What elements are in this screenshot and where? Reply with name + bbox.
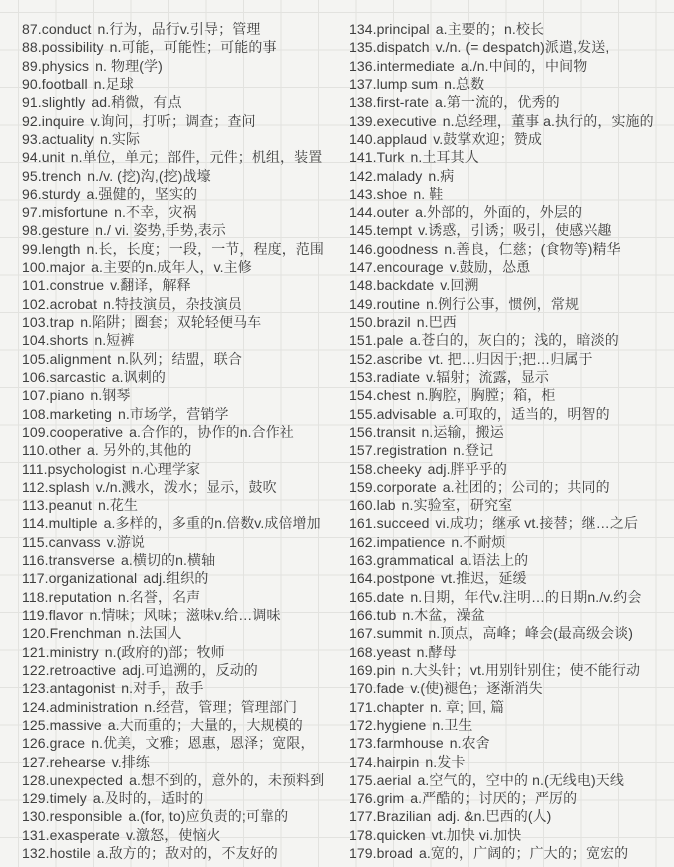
- list-item: 122.retroactiveadj.可追溯的，反动的: [22, 661, 349, 679]
- entry-definition: n.优美，文雅；恩惠，恩泽；宽限，: [91, 735, 314, 751]
- entry-definition: a.严酷的；讨厌的；严厉的: [410, 790, 577, 806]
- list-item: 153.radiatev.辐射；流露，显示: [349, 368, 674, 386]
- entry-definition: adj. &n.巴西的(人): [437, 808, 551, 824]
- entry-number: 170.: [349, 680, 377, 696]
- entry-number: 99.: [22, 241, 42, 257]
- entry-definition: a.第一流的，优秀的: [435, 94, 560, 110]
- entry-definition: n./ vi. 姿势,手势,表示: [95, 222, 226, 238]
- entry-number: 106.: [22, 369, 50, 385]
- entry-definition: vt. 把…归因于;把…归属于: [429, 351, 593, 367]
- entry-word: possibility: [42, 39, 104, 55]
- entry-number: 137.: [349, 76, 377, 92]
- entry-definition: v.鼓掌欢迎；赞成: [433, 131, 542, 147]
- entry-number: 169.: [349, 662, 377, 678]
- entry-word: actuality: [42, 131, 94, 147]
- list-item: 106.sarcastica.讽刺的: [22, 368, 349, 386]
- list-item: 179.broada.宽的，广阔的；广大的；宽宏的: [349, 844, 674, 862]
- entry-number: 108.: [22, 406, 50, 422]
- entry-word: flavor: [49, 607, 84, 623]
- entry-definition: a.社团的；公司的；共同的: [443, 479, 610, 495]
- list-item: 155.advisablea.可取的，适当的，明智的: [349, 405, 674, 423]
- list-item: 138.first-ratea.第一流的，优秀的: [349, 93, 674, 111]
- entry-word: multiple: [49, 515, 98, 531]
- entry-word: grammatical: [377, 552, 454, 568]
- list-item: 169.pinn.大头针；vt.用别针别住；使不能行动: [349, 661, 674, 679]
- entry-number: 141.: [349, 149, 377, 165]
- entry-word: timely: [50, 790, 87, 806]
- entry-word: transverse: [49, 552, 115, 568]
- list-item: 165.daten.日期，年代v.注明…的日期n./v.约会: [349, 588, 674, 606]
- list-item: 107.pianon.钢琴: [22, 386, 349, 404]
- entry-number: 121.: [22, 644, 50, 660]
- list-item: 137.lump sumn.总数: [349, 75, 674, 93]
- entry-word: conduct: [42, 21, 92, 37]
- list-item: 148.backdatev.回溯: [349, 276, 674, 294]
- entry-word: rehearse: [50, 754, 106, 770]
- entry-number: 107.: [22, 387, 50, 403]
- entry-word: Turk: [377, 149, 405, 165]
- entry-word: unit: [42, 149, 65, 165]
- entry-definition: a.敌方的；敌对的，不友好的: [97, 845, 278, 861]
- entry-word: cheeky: [377, 461, 422, 477]
- list-item: 156.transitn.运输，搬运: [349, 423, 674, 441]
- list-item: 125.massivea.大而重的；大量的，大规模的: [22, 716, 349, 734]
- entry-definition: n.实验室，研究室: [402, 497, 513, 513]
- entry-definition: n. 鞋: [413, 186, 443, 202]
- entry-number: 168.: [349, 644, 377, 660]
- entry-definition: n.市场学，营销学: [118, 406, 229, 422]
- entry-number: 159.: [349, 479, 377, 495]
- entry-word: ministry: [50, 644, 99, 660]
- entry-word: acrobat: [50, 296, 97, 312]
- entry-definition: v.激怒，使恼火: [126, 827, 221, 843]
- entry-word: hostile: [50, 845, 91, 861]
- entry-definition: a.(for, to)应负责的;可靠的: [128, 808, 288, 824]
- entry-word: malady: [377, 168, 423, 184]
- entry-number: 95.: [22, 168, 42, 184]
- entry-number: 120.: [22, 625, 50, 641]
- list-item: 141.Turkn.土耳其人: [349, 148, 674, 166]
- entry-definition: a.多样的，多重的n.倍数v.成倍增加: [104, 515, 321, 531]
- entry-number: 177.: [349, 808, 377, 824]
- entry-word: massive: [50, 717, 102, 733]
- entry-definition: n.行为，品行v.引导；管理: [98, 21, 261, 37]
- entry-number: 128.: [22, 772, 50, 788]
- entry-number: 131.: [22, 827, 50, 843]
- entry-word: corporate: [377, 479, 437, 495]
- entry-word: routine: [377, 296, 421, 312]
- entry-number: 142.: [349, 168, 377, 184]
- list-item: 160.labn.实验室，研究室: [349, 496, 674, 514]
- entry-word: unexpected: [50, 772, 123, 788]
- entry-word: antagonist: [50, 680, 116, 696]
- entry-number: 164.: [349, 570, 377, 586]
- entry-word: sarcastic: [50, 369, 106, 385]
- list-item: 140.applaudv.鼓掌欢迎；赞成: [349, 130, 674, 148]
- list-item: 161.succeedvi.成功；继承 vt.接替；继…之后: [349, 514, 674, 532]
- entry-number: 94.: [22, 149, 42, 165]
- entry-number: 154.: [349, 387, 377, 403]
- entry-number: 157.: [349, 442, 377, 458]
- entry-number: 158.: [349, 461, 377, 477]
- entry-word: outer: [377, 204, 409, 220]
- entry-word: tempt: [377, 222, 413, 238]
- entry-definition: n.不耐烦: [451, 534, 505, 550]
- list-item: 98.gesturen./ vi. 姿势,手势,表示: [22, 221, 349, 239]
- entry-word: yeast: [377, 644, 411, 660]
- entry-definition: n.单位，单元；部件，元件；机组，装置: [71, 149, 323, 165]
- list-item: 127.rehearsev.排练: [22, 753, 349, 771]
- entry-word: quicken: [377, 827, 426, 843]
- entry-number: 111.: [22, 461, 48, 477]
- entry-definition: a.主要的；n.校长: [436, 21, 544, 37]
- list-item: 117.organizationaladj.组织的: [22, 569, 349, 587]
- entry-definition: a.外部的，外面的，外层的: [415, 204, 582, 220]
- entry-word: major: [50, 259, 86, 275]
- entry-word: hygiene: [377, 717, 427, 733]
- entry-definition: a.大而重的；大量的，大规模的: [108, 717, 303, 733]
- entry-word: other: [49, 442, 81, 458]
- entry-number: 104.: [22, 332, 50, 348]
- entry-definition: v.鼓励，怂恿: [450, 259, 531, 275]
- entry-definition: a.语法上的: [460, 552, 528, 568]
- entry-word: impatience: [377, 534, 446, 550]
- entry-word: lump sum: [377, 76, 438, 92]
- entry-definition: vt.加快 vi.加快: [432, 827, 522, 843]
- entry-number: 102.: [22, 296, 50, 312]
- entry-number: 90.: [22, 76, 42, 92]
- entry-number: 161.: [349, 515, 377, 531]
- entry-definition: n.大头针；vt.用别针别住；使不能行动: [402, 662, 640, 678]
- entry-definition: v.排练: [112, 754, 150, 770]
- entry-number: 132.: [22, 845, 50, 861]
- entry-word: principal: [377, 21, 430, 37]
- list-item: 97.misfortunen.不幸，灾祸: [22, 203, 349, 221]
- entry-definition: n.钢琴: [90, 387, 130, 403]
- entry-definition: n.运输，搬运: [421, 424, 503, 440]
- entry-number: 88.: [22, 39, 42, 55]
- entry-definition: vt.推迟，延缓: [441, 570, 527, 586]
- entry-word: gesture: [42, 222, 89, 238]
- list-item: 88.possibilityn.可能，可能性；可能的事: [22, 38, 349, 56]
- entry-definition: n.短裤: [94, 332, 134, 348]
- entry-number: 124.: [22, 699, 50, 715]
- list-item: 124.administrationn.经营，管理；管理部门: [22, 698, 349, 716]
- list-item: 146.goodnessn.善良，仁慈；(食物等)精华: [349, 240, 674, 258]
- entry-definition: n.实际: [100, 131, 140, 147]
- entry-word: construe: [50, 277, 105, 293]
- entry-word: reputation: [49, 589, 112, 605]
- entry-word: chest: [377, 387, 411, 403]
- entry-definition: n.日期，年代v.注明…的日期n./v.约会: [410, 589, 641, 605]
- entry-word: ascribe: [377, 351, 423, 367]
- entry-number: 115.: [22, 534, 49, 550]
- list-item: 173.farmhousen.农舍: [349, 734, 674, 752]
- entry-definition: n.不幸，灾祸: [114, 204, 196, 220]
- entry-word: slightly: [42, 94, 86, 110]
- entry-number: 143.: [349, 186, 377, 202]
- entry-word: date: [377, 589, 405, 605]
- entry-number: 91.: [22, 94, 42, 110]
- entry-definition: a.强健的，坚实的: [87, 186, 198, 202]
- list-item: 94.unitn.单位，单元；部件，元件；机组，装置: [22, 148, 349, 166]
- entry-definition: n.善良，仁慈；(食物等)精华: [444, 241, 621, 257]
- list-item: 158.cheekyadj.胖乎乎的: [349, 460, 674, 478]
- entry-number: 140.: [349, 131, 377, 147]
- entry-number: 103.: [22, 314, 50, 330]
- list-item: 159.corporatea.社团的；公司的；共同的: [349, 478, 674, 496]
- entry-definition: a.横切的n.横轴: [121, 552, 215, 568]
- entry-word: exasperate: [50, 827, 120, 843]
- entry-word: marketing: [50, 406, 112, 422]
- entry-word: succeed: [377, 515, 430, 531]
- entry-definition: v.回溯: [440, 277, 478, 293]
- entry-number: 136.: [349, 58, 377, 74]
- list-item: 102.acrobatn.特技演员，杂技演员: [22, 295, 349, 313]
- entry-number: 139.: [349, 113, 377, 129]
- entry-definition: n.足球: [94, 76, 134, 92]
- list-item: 131.exasperatev.激怒，使恼火: [22, 826, 349, 844]
- list-item: 163.grammaticala.语法上的: [349, 551, 674, 569]
- entry-definition: adj.可追溯的，反动的: [122, 662, 258, 678]
- entry-word: administration: [50, 699, 139, 715]
- entry-definition: a.讽刺的: [112, 369, 166, 385]
- entry-word: postpone: [377, 570, 435, 586]
- entry-number: 110.: [22, 442, 49, 458]
- entry-definition: v.翻译，解释: [110, 277, 191, 293]
- entry-word: responsible: [50, 808, 123, 824]
- list-item: 162.impatiencen.不耐烦: [349, 533, 674, 551]
- entry-definition: n.木盆，澡盆: [402, 607, 484, 623]
- entry-number: 148.: [349, 277, 377, 293]
- list-item: 99.lengthn.长，长度；一段，一节，程度，范围: [22, 240, 349, 258]
- list-item: 105.alignmentn.队列；结盟，联合: [22, 350, 349, 368]
- entry-number: 125.: [22, 717, 50, 733]
- entry-word: trap: [50, 314, 75, 330]
- list-item: 175.aeriala.空气的，空中的 n.(无线电)天线: [349, 771, 674, 789]
- entry-number: 160.: [349, 497, 377, 513]
- list-item: 109.cooperativea.合作的，协作的n.合作社: [22, 423, 349, 441]
- entry-definition: a.合作的，协作的n.合作社: [129, 424, 294, 440]
- entry-definition: v.诱惑，引诱；吸引，使感兴趣: [418, 222, 611, 238]
- entry-word: cooperative: [50, 424, 123, 440]
- entry-definition: n.病: [428, 168, 454, 184]
- entry-definition: a./n.中间的，中间物: [461, 58, 587, 74]
- entry-word: farmhouse: [377, 735, 444, 751]
- list-item: 139.executiven.总经理，董事 a.执行的，实施的: [349, 112, 674, 130]
- list-item: 151.palea.苍白的，灰白的；浅的，暗淡的: [349, 331, 674, 349]
- entry-definition: v.游说: [107, 534, 145, 550]
- entry-number: 87.: [22, 21, 42, 37]
- entry-word: encourage: [377, 259, 444, 275]
- entry-number: 100.: [22, 259, 50, 275]
- list-item: 90.footballn.足球: [22, 75, 349, 93]
- entry-number: 135.: [349, 39, 377, 55]
- entry-number: 151.: [349, 332, 377, 348]
- list-item: 130.responsiblea.(for, to)应负责的;可靠的: [22, 807, 349, 825]
- list-item: 168.yeastn.酵母: [349, 643, 674, 661]
- entry-definition: a.空气的，空中的 n.(无线电)天线: [418, 772, 624, 788]
- entry-number: 109.: [22, 424, 50, 440]
- list-item: 95.trenchn./v. (挖)沟,(挖)战壕: [22, 167, 349, 185]
- list-item: 114.multiplea.多样的，多重的n.倍数v.成倍增加: [22, 514, 349, 532]
- list-item: 143.shoen. 鞋: [349, 185, 674, 203]
- entry-number: 122.: [22, 662, 50, 678]
- list-item: 134.principala.主要的；n.校长: [349, 20, 674, 38]
- list-item: 119.flavorn.情味；风味；滋味v.给…调味: [22, 606, 349, 624]
- entry-word: executive: [377, 113, 437, 129]
- entry-number: 127.: [22, 754, 50, 770]
- entry-number: 171.: [349, 699, 377, 715]
- entry-number: 112.: [22, 479, 49, 495]
- entry-word: football: [42, 76, 88, 92]
- entry-word: organizational: [49, 570, 138, 586]
- entry-definition: vi.成功；继承 vt.接替；继…之后: [436, 515, 639, 531]
- entry-definition: v./n.溅水，泼水；显示，鼓吹: [96, 479, 277, 495]
- entry-definition: n.农舍: [450, 735, 490, 751]
- entry-definition: n.土耳其人: [411, 149, 479, 165]
- entry-number: 163.: [349, 552, 377, 568]
- entry-number: 92.: [22, 113, 42, 129]
- entry-definition: n.心理学家: [132, 461, 200, 477]
- entry-word: registration: [377, 442, 447, 458]
- entry-word: chapter: [377, 699, 424, 715]
- entry-word: hairpin: [377, 754, 420, 770]
- list-item: 101.construev.翻译，解释: [22, 276, 349, 294]
- entry-word: backdate: [377, 277, 435, 293]
- entry-definition: n. 章; 回, 篇: [430, 699, 504, 715]
- list-item: 164.postponevt.推迟，延缓: [349, 569, 674, 587]
- entry-word: tub: [377, 607, 397, 623]
- entry-number: 123.: [22, 680, 50, 696]
- entry-number: 156.: [349, 424, 377, 440]
- list-item: 144.outera.外部的，外面的，外层的: [349, 203, 674, 221]
- entry-number: 174.: [349, 754, 377, 770]
- entry-definition: n. 物理(学): [95, 58, 163, 74]
- entry-definition: a.苍白的，灰白的；浅的，暗淡的: [410, 332, 619, 348]
- list-item: 152.ascribevt. 把…归因于;把…归属于: [349, 350, 674, 368]
- entry-word: canvass: [49, 534, 101, 550]
- list-item: 172.hygienen.卫生: [349, 716, 674, 734]
- list-item: 89.physicsn. 物理(学): [22, 57, 349, 75]
- entry-number: 138.: [349, 94, 377, 110]
- entry-number: 118.: [22, 589, 49, 605]
- entry-number: 153.: [349, 369, 377, 385]
- entry-number: 165.: [349, 589, 377, 605]
- entry-definition: v.询问，打听；调查；查问: [91, 113, 256, 129]
- entry-definition: n.例行公事，惯例，常规: [426, 296, 579, 312]
- entry-word: dispatch: [377, 39, 430, 55]
- entry-number: 162.: [349, 534, 377, 550]
- list-item: 93.actualityn.实际: [22, 130, 349, 148]
- entry-word: trench: [42, 168, 82, 184]
- entry-number: 145.: [349, 222, 377, 238]
- list-item: 103.trapn.陷阱；圈套；双轮轻便马车: [22, 313, 349, 331]
- list-item: 167.summitn.顶点，高峰；峰会(最高级会谈): [349, 624, 674, 642]
- entry-definition: v./n. (= despatch)派遣,发送,: [436, 39, 610, 55]
- entry-definition: v.辐射；流露，显示: [426, 369, 549, 385]
- entry-word: intermediate: [377, 58, 455, 74]
- list-item: 135.dispatchv./n. (= despatch)派遣,发送,: [349, 38, 674, 56]
- list-item: 115.canvassv.游说: [22, 533, 349, 551]
- entry-word: first-rate: [377, 94, 429, 110]
- entry-definition: n.总数: [444, 76, 484, 92]
- entry-number: 150.: [349, 314, 377, 330]
- entry-word: splash: [49, 479, 90, 495]
- entry-number: 147.: [349, 259, 377, 275]
- entry-number: 134.: [349, 21, 377, 37]
- entry-definition: v.(使)褪色；逐渐消失: [410, 680, 542, 696]
- entry-number: 146.: [349, 241, 377, 257]
- entry-definition: n.登记: [453, 442, 493, 458]
- list-item: 129.timelya.及时的，适时的: [22, 789, 349, 807]
- entry-word: brazil: [377, 314, 411, 330]
- entry-word: applaud: [377, 131, 428, 147]
- list-item: 174.hairpinn.发卡: [349, 753, 674, 771]
- entry-word: broad: [377, 845, 413, 861]
- entry-definition: a.可取的，适当的，明智的: [443, 406, 610, 422]
- entry-number: 130.: [22, 808, 50, 824]
- entry-definition: n.队列；结盟，联合: [117, 351, 242, 367]
- entry-number: 166.: [349, 607, 377, 623]
- list-item: 154.chestn.胸腔，胸膛；箱，柜: [349, 386, 674, 404]
- entry-definition: n.总经理，董事 a.执行的，实施的: [443, 113, 654, 129]
- list-item: 150.braziln.巴西: [349, 313, 674, 331]
- entry-number: 113.: [22, 497, 49, 513]
- entry-definition: a.及时的，适时的: [93, 790, 204, 806]
- list-item: 157.registrationn.登记: [349, 441, 674, 459]
- entry-definition: n.酵母: [417, 644, 457, 660]
- list-item: 104.shortsn.短裤: [22, 331, 349, 349]
- entry-word: goodness: [377, 241, 439, 257]
- entry-definition: n.长，长度；一段，一节，程度，范围: [87, 241, 324, 257]
- list-item: 113.peanutn.花生: [22, 496, 349, 514]
- entry-definition: n./v. (挖)沟,(挖)战壕: [87, 168, 210, 184]
- entry-word: summit: [377, 625, 423, 641]
- entry-definition: n.胸腔，胸膛；箱，柜: [417, 387, 556, 403]
- entry-word: transit: [377, 424, 416, 440]
- entry-word: alignment: [50, 351, 112, 367]
- entry-number: 114.: [22, 515, 49, 531]
- entry-definition: a.主要的n.成年人，v.主修: [91, 259, 252, 275]
- entry-number: 126.: [22, 735, 50, 751]
- list-item: 142.maladyn.病: [349, 167, 674, 185]
- entry-number: 179.: [349, 845, 377, 861]
- list-item: 147.encouragev.鼓励，怂恿: [349, 258, 674, 276]
- entry-word: pale: [377, 332, 404, 348]
- entry-word: radiate: [377, 369, 421, 385]
- list-item: 112.splashv./n.溅水，泼水；显示，鼓吹: [22, 478, 349, 496]
- entry-number: 149.: [349, 296, 377, 312]
- list-item: 116.transversea.横切的n.横轴: [22, 551, 349, 569]
- list-item: 120.Frenchmann.法国人: [22, 624, 349, 642]
- entry-number: 144.: [349, 204, 377, 220]
- entry-definition: a.宽的，广阔的；广大的；宽宏的: [419, 845, 628, 861]
- list-item: 100.majora.主要的n.成年人，v.主修: [22, 258, 349, 276]
- entry-definition: n.花生: [98, 497, 138, 513]
- entry-definition: adj.胖乎乎的: [428, 461, 507, 477]
- entry-number: 176.: [349, 790, 377, 806]
- entry-number: 101.: [22, 277, 50, 293]
- entry-definition: n.可能，可能性；可能的事: [110, 39, 277, 55]
- list-item: 91.slightlyad.稍微，有点: [22, 93, 349, 111]
- list-item: 177.Brazilianadj. &n.巴西的(人): [349, 807, 674, 825]
- list-item: 87.conductn.行为，品行v.引导；管理: [22, 20, 349, 38]
- entry-word: aerial: [377, 772, 412, 788]
- entry-word: misfortune: [42, 204, 108, 220]
- list-item: 136.intermediatea./n.中间的，中间物: [349, 57, 674, 75]
- entry-definition: a. 另外的,其他的: [87, 442, 191, 458]
